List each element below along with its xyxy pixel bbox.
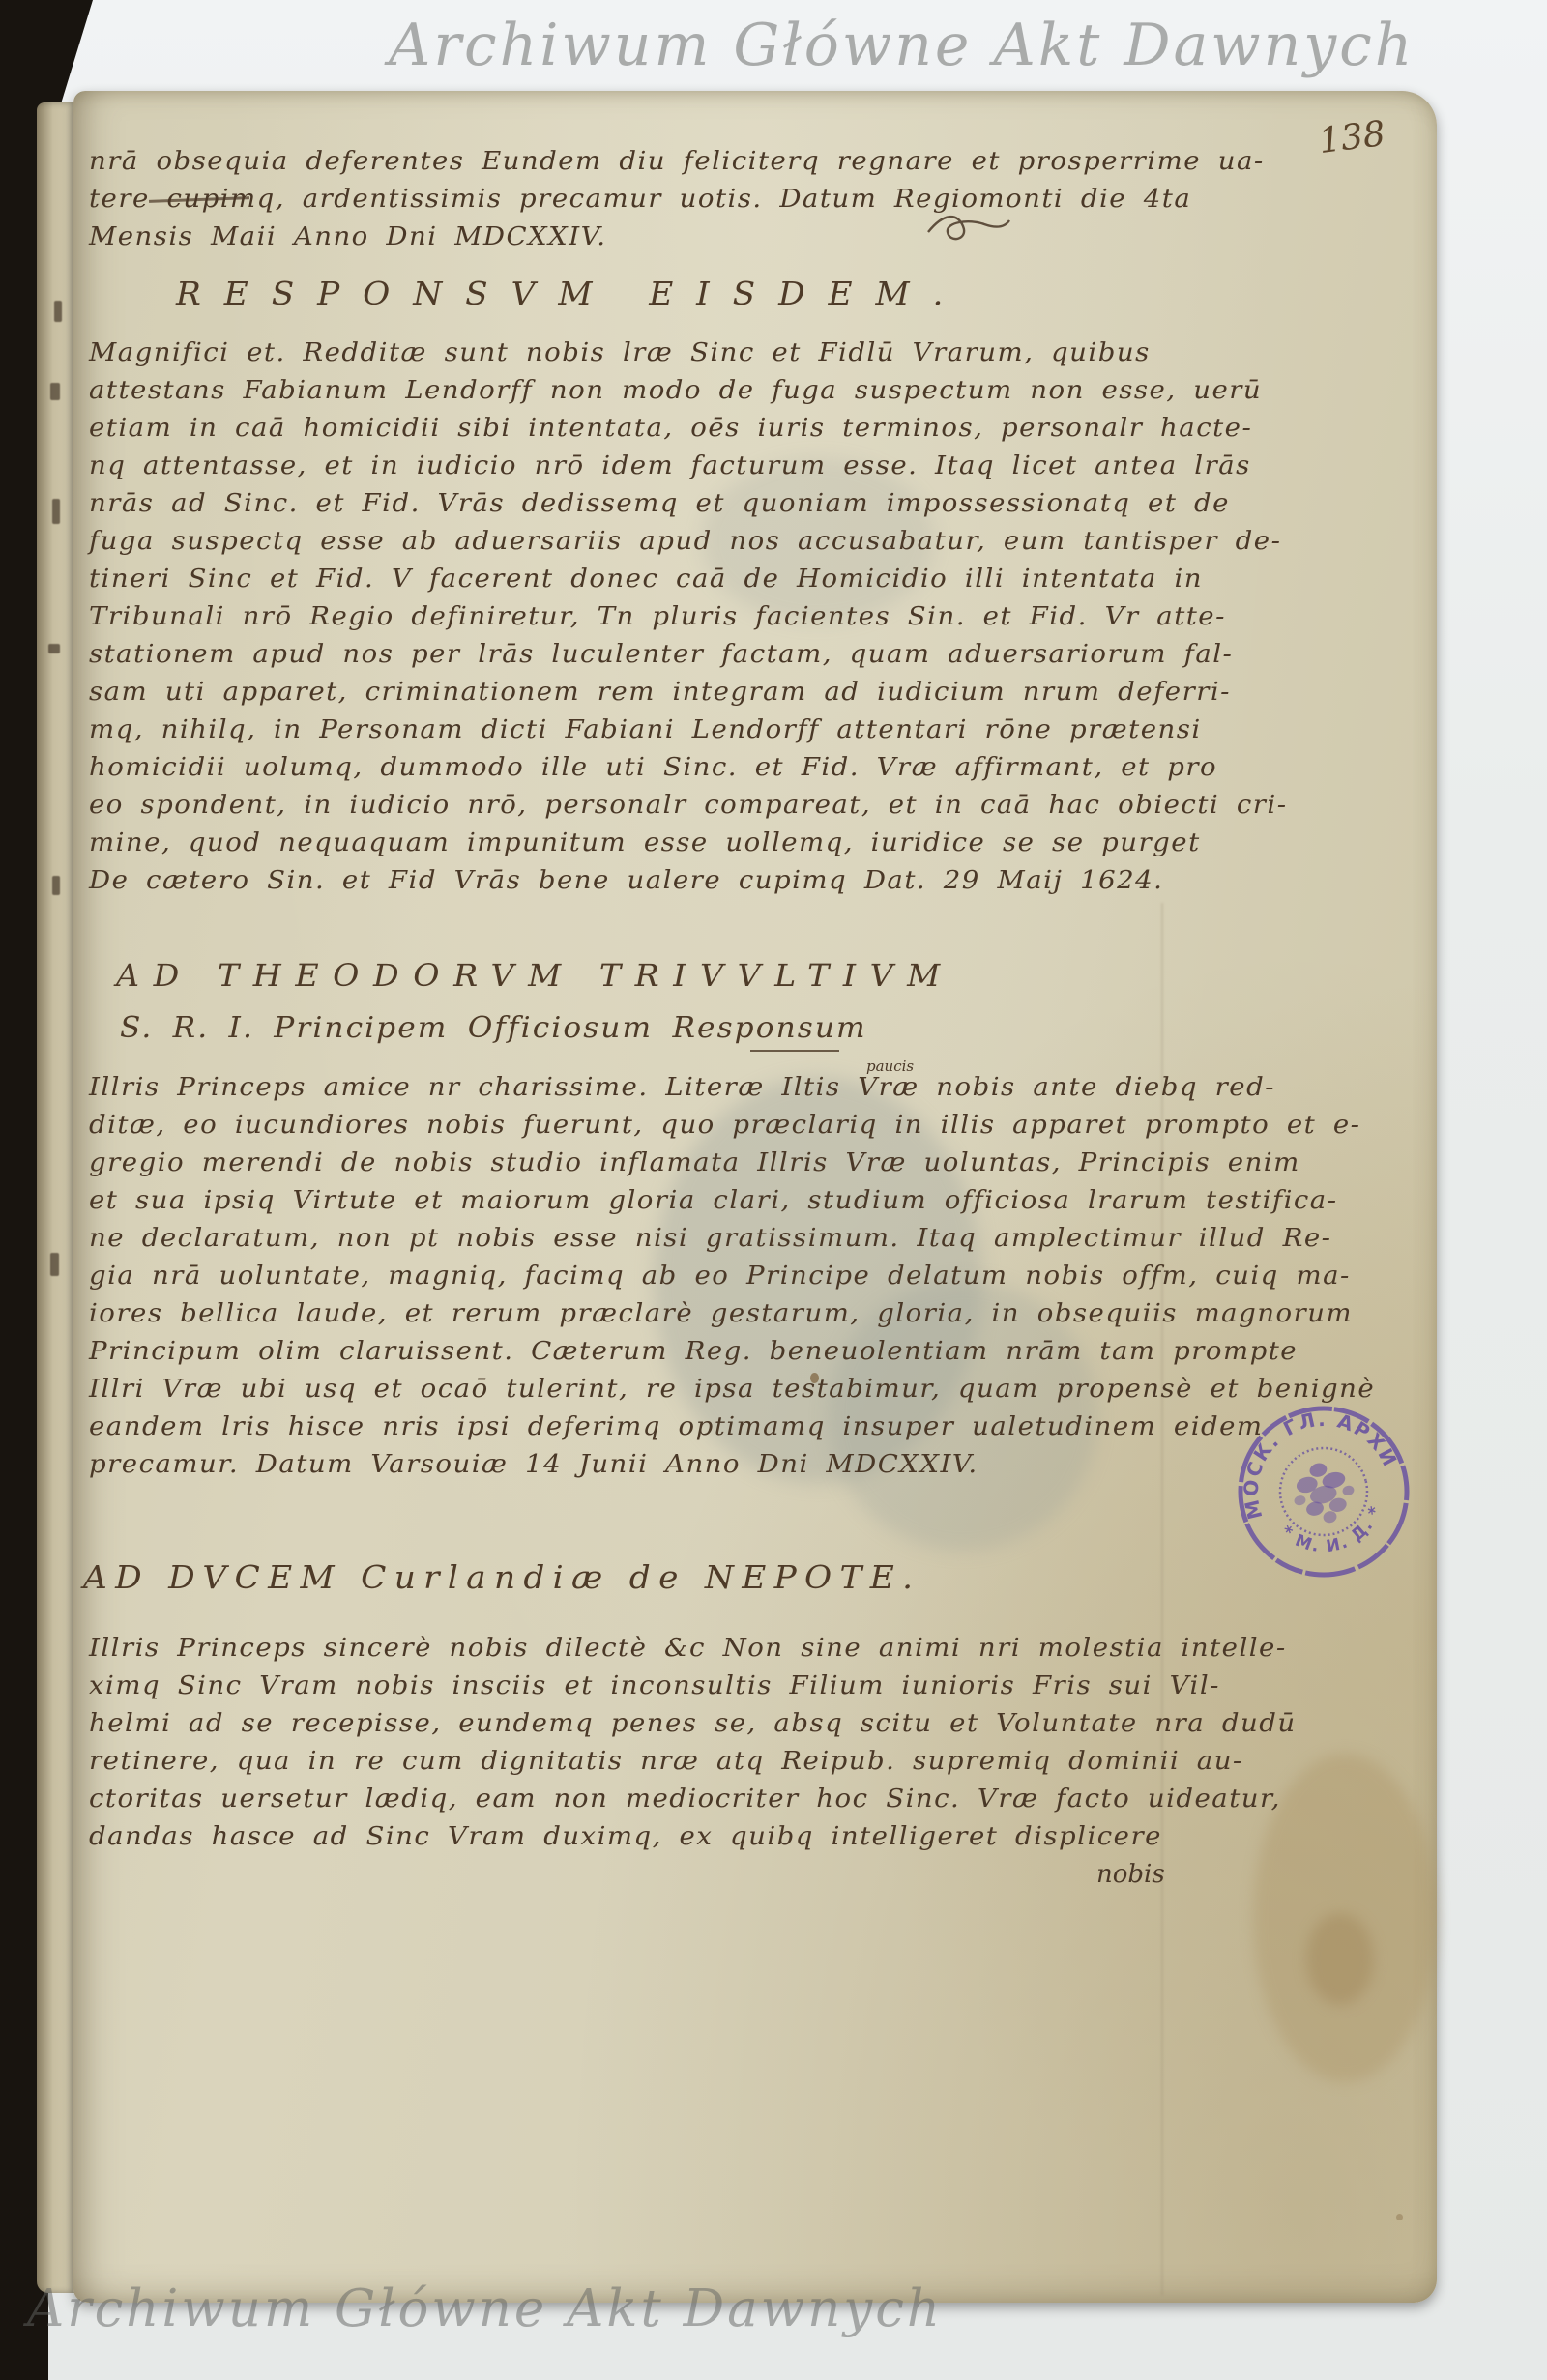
manuscript-text-line: Mensis Maii Anno Dni MDCXXIV.: [89, 218, 1265, 256]
manuscript-text-line: eo spondent, in iudicio nrō, personalr c…: [89, 787, 1288, 825]
folio-number: 138: [1317, 114, 1387, 161]
manuscript-text-line: Illris Princeps amice nr charissime. Lit…: [89, 1069, 1375, 1107]
paragraph-trivultium: Illris Princeps amice nr charissime. Lit…: [89, 1069, 1375, 1484]
manuscript-text-line: sam uti apparet, criminationem rem integ…: [89, 674, 1288, 711]
section-subtitle-trivultium: S. R. I. Principem Officiosum Responsum: [120, 1011, 867, 1045]
ink-speck: [1396, 2214, 1403, 2220]
margin-ink-mark: [52, 876, 60, 895]
manuscript-text-line: precamur. Datum Varsouiæ 14 Junii Anno D…: [89, 1446, 1375, 1484]
section-title-curlandia: AD DVCEM Curlandiæ de NEPOTE.: [83, 1558, 920, 1596]
manuscript-text-line: tere cupimq, ardentissimis precamur uoti…: [89, 181, 1265, 218]
manuscript-text-line: ne declaratum, non pt nobis esse nisi gr…: [89, 1220, 1375, 1258]
manuscript-text-line: dandas hasce ad Sinc Vram duximq, ex qui…: [89, 1818, 1297, 1856]
manuscript-text-line: Magnifici et. Redditæ sunt nobis lræ Sin…: [89, 334, 1288, 372]
manuscript-page: 138 nrā obsequia deferentes Eundem diu f…: [73, 91, 1437, 2303]
margin-ink-mark: [50, 383, 60, 400]
manuscript-text-line: Illris Princeps sincerè nobis dilectè &c…: [89, 1630, 1297, 1668]
manuscript-text-line: nrā obsequia deferentes Eundem diu felic…: [89, 143, 1265, 181]
paragraph-responsum: Magnifici et. Redditæ sunt nobis lræ Sin…: [89, 334, 1288, 900]
manuscript-text-line: mq, nihilq, in Personam dicti Fabiani Le…: [89, 711, 1288, 749]
paragraph-curlandia: Illris Princeps sincerè nobis dilectè &c…: [89, 1630, 1297, 1856]
manuscript-text-line: eandem lris hisce nris ipsi deferimq opt…: [89, 1408, 1375, 1446]
manuscript-scan: 138 nrā obsequia deferentes Eundem diu f…: [0, 0, 1547, 2380]
manuscript-text-line: nrās ad Sinc. et Fid. Vrās dedissemq et …: [89, 485, 1288, 523]
margin-ink-mark: [50, 1253, 59, 1276]
manuscript-text-line: gregio merendi de nobis studio inflamata…: [89, 1145, 1375, 1182]
manuscript-text-line: ditæ, eo iucundiores nobis fuerunt, quo …: [89, 1107, 1375, 1145]
manuscript-text-line: Tribunali nrō Regio definiretur, Tn plur…: [89, 598, 1288, 636]
paper-stain: [1306, 1913, 1374, 2005]
manuscript-text-line: homicidii uolumq, dummodo ille uti Sinc.…: [89, 749, 1288, 787]
previous-page-edge: [37, 102, 77, 2293]
catchword: nobis: [1096, 1860, 1165, 1889]
manuscript-text-line: Illri Vræ ubi usq et ocaō tulerint, re i…: [89, 1371, 1375, 1408]
manuscript-text-line: ctoritas uersetur lædiq, eam non mediocr…: [89, 1781, 1297, 1818]
manuscript-text-line: gia nrā uoluntate, magniq, facimq ab eo …: [89, 1258, 1375, 1295]
closing-paragraph: nrā obsequia deferentes Eundem diu felic…: [89, 143, 1265, 256]
manuscript-text-line: nq attentasse, et in iudicio nrō idem fa…: [89, 448, 1288, 485]
manuscript-text-line: helmi ad se recepisse, eundemq penes se,…: [89, 1705, 1297, 1743]
section-title-responsum: RESPONSVM EISDEM.: [176, 275, 966, 312]
pen-flourish-icon: [924, 211, 1011, 246]
manuscript-text-line: iores bellica laude, et rerum præclarè g…: [89, 1295, 1375, 1333]
manuscript-text-line: mine, quod nequaquam impunitum esse uoll…: [89, 825, 1288, 862]
margin-ink-mark: [48, 644, 60, 653]
margin-ink-mark: [52, 499, 60, 524]
section-title-trivultium: AD THEODORVM TRIVVLTIVM: [116, 957, 954, 994]
manuscript-text-line: retinere, qua in re cum dignitatis nræ a…: [89, 1743, 1297, 1781]
manuscript-text-line: De cætero Sin. et Fid Vrās bene ualere c…: [89, 862, 1288, 900]
margin-ink-mark: [54, 301, 62, 322]
manuscript-text-line: ximq Sinc Vram nobis insciis et inconsul…: [89, 1668, 1297, 1705]
manuscript-text-line: et sua ipsiq Virtute et maiorum gloria c…: [89, 1182, 1375, 1220]
subtitle-flourish-line: [750, 1050, 839, 1052]
manuscript-text-line: fuga suspectq esse ab aduersariis apud n…: [89, 523, 1288, 561]
manuscript-text-line: stationem apud nos per lrās luculenter f…: [89, 636, 1288, 674]
manuscript-text-line: etiam in caā homicidii sibi intentata, o…: [89, 410, 1288, 448]
manuscript-text-line: tineri Sinc et Fid. V facerent donec caā…: [89, 561, 1288, 598]
manuscript-text-line: attestans Fabianum Lendorff non modo de …: [89, 372, 1288, 410]
archive-watermark-top: Archiwum Główne Akt Dawnych: [389, 12, 1415, 79]
manuscript-text-line: Principum olim claruissent. Cæterum Reg.…: [89, 1333, 1375, 1371]
stamp-emblem: [1287, 1456, 1360, 1529]
archive-watermark-bottom: Archiwum Główne Akt Dawnych: [27, 2279, 943, 2338]
